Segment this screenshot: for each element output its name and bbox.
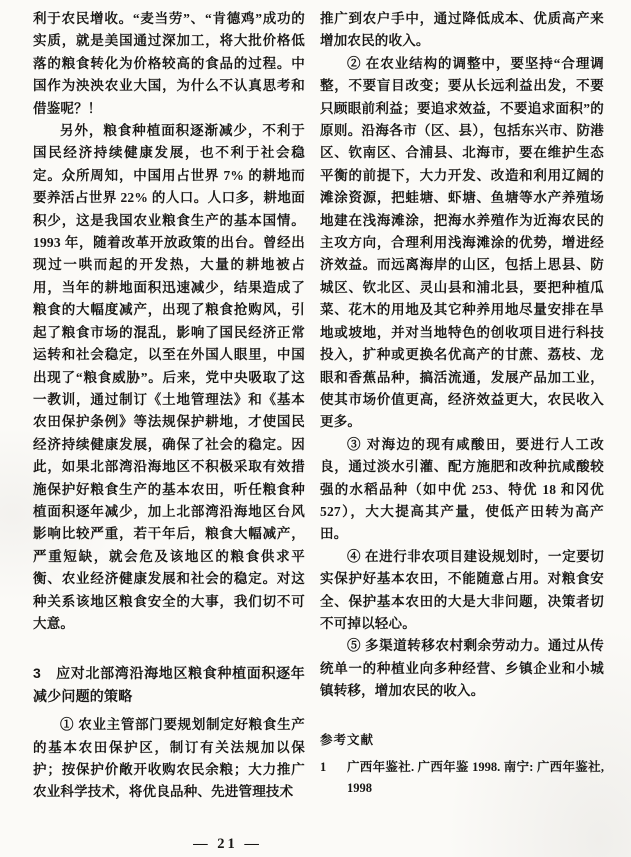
strategy-item-5: ⑤ 多渠道转移农村剩余劳动力。通过从传统单一的种植业向多种经营、乡镇企业和小城镇…	[320, 635, 604, 702]
references-section: 参考文献 1 广西年鉴社. 广西年鉴 1998. 南宁: 广西年鉴社, 1998	[320, 730, 604, 800]
scanned-paper-page: 利于农民增收。“麦当劳”、“肯德鸡”成功的实质，就是美国通过深加工，将大批价格低…	[0, 0, 631, 857]
paragraph-grain-area-overview: 另外，粮食种植面积逐渐减少，不利于国民经济持续健康发展，也不利于社会稳定。众所周…	[33, 120, 305, 635]
reference-number: 1	[320, 757, 347, 800]
reference-text: 广西年鉴社. 广西年鉴 1998. 南宁: 广西年鉴社, 1998	[347, 757, 604, 800]
strategy-item-1-continuation: 推广到农户手中，通过降低成本、优质高产来增加农民的收入。	[320, 8, 604, 53]
section-3-heading: 3 应对北部湾沿海地区粮食种植面积逐年减少问题的策略	[33, 662, 305, 707]
strategy-item-3: ③ 对海边的现有咸酸田，要进行人工改良，通过淡水引灌、配方施肥和改种抗咸酸较强的…	[320, 434, 604, 546]
two-column-layout: 利于农民增收。“麦当劳”、“肯德鸡”成功的实质，就是美国通过深加工，将大批价格低…	[33, 8, 604, 804]
page-number: — 21 —	[155, 836, 300, 853]
strategy-item-1: ① 农业主管部门要规划制定好粮食生产的基本农田保护区，制订有关法规加以保护；按保…	[33, 714, 305, 804]
references-heading: 参考文献	[320, 730, 604, 748]
strategy-item-2: ② 在农业结构的调整中，要坚持“合理调整，不要盲目改变；要从长远利益出发，不要只…	[320, 53, 604, 434]
paragraph-continuation-from-previous-page: 利于农民增收。“麦当劳”、“肯德鸡”成功的实质，就是美国通过深加工，将大批价格低…	[33, 8, 305, 120]
reference-entry-1: 1 广西年鉴社. 广西年鉴 1998. 南宁: 广西年鉴社, 1998	[320, 757, 604, 800]
left-column: 利于农民增收。“麦当劳”、“肯德鸡”成功的实质，就是美国通过深加工，将大批价格低…	[33, 8, 305, 804]
strategy-item-4: ④ 在进行非农项目建设规划时，一定要切实保护好基本农田，不能随意占用。对粮食安全…	[320, 546, 604, 636]
right-column: 推广到农户手中，通过降低成本、优质高产来增加农民的收入。 ② 在农业结构的调整中…	[320, 8, 604, 804]
